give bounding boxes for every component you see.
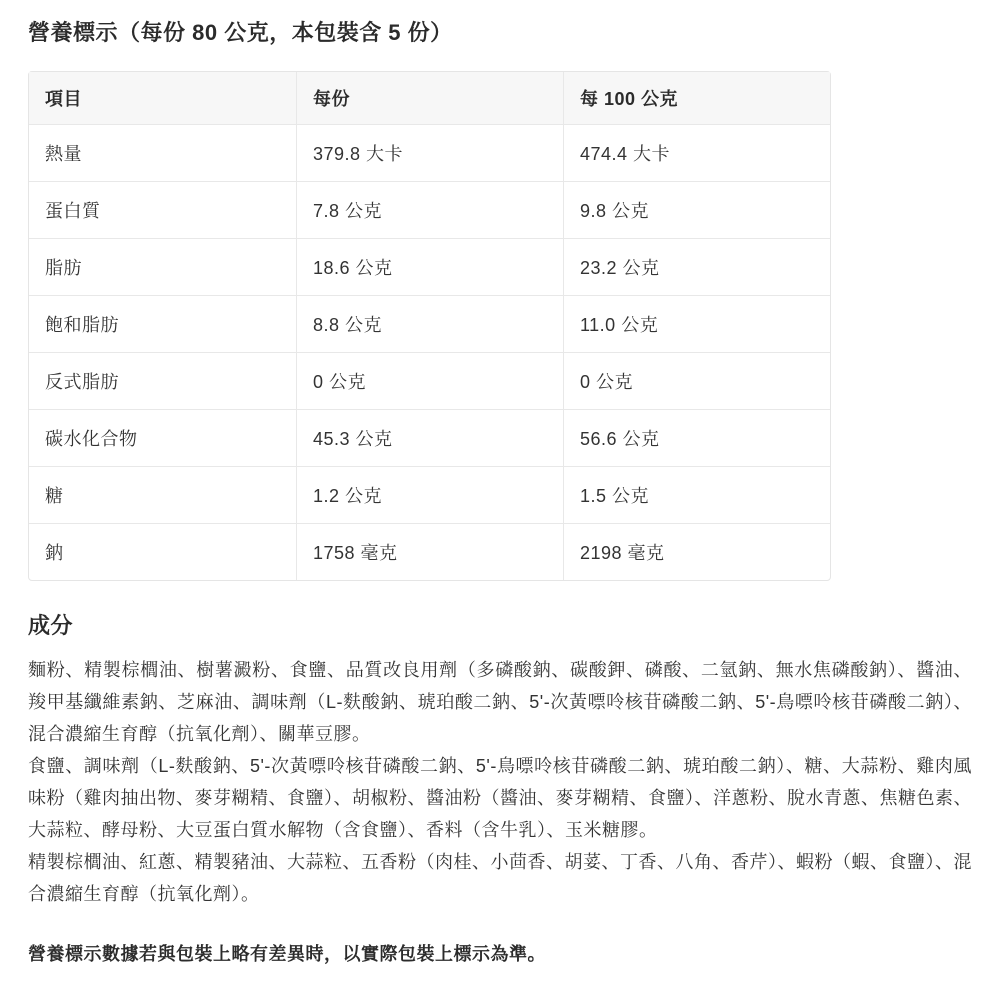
cell-per-100g: 0 公克 <box>563 353 830 410</box>
nutrition-table: 項目 每份 每 100 公克 熱量 379.8 大卡 474.4 大卡 蛋白質 … <box>28 71 831 581</box>
cell-per-100g: 2198 毫克 <box>563 524 830 580</box>
cell-per-serving: 379.8 大卡 <box>296 125 563 182</box>
cell-per-serving: 0 公克 <box>296 353 563 410</box>
cell-per-100g: 1.5 公克 <box>563 467 830 524</box>
table-row: 碳水化合物 45.3 公克 56.6 公克 <box>29 410 830 467</box>
cell-item: 糖 <box>29 467 296 524</box>
cell-item: 反式脂肪 <box>29 353 296 410</box>
cell-item: 飽和脂肪 <box>29 296 296 353</box>
cell-per-serving: 7.8 公克 <box>296 182 563 239</box>
cell-per-100g: 9.8 公克 <box>563 182 830 239</box>
page-title: 營養標示（每份 80 公克，本包裝含 5 份） <box>28 16 972 47</box>
cell-per-100g: 11.0 公克 <box>563 296 830 353</box>
table-row: 鈉 1758 毫克 2198 毫克 <box>29 524 830 580</box>
disclaimer-text: 營養標示數據若與包裝上略有差異時，以實際包裝上標示為準。 <box>28 940 972 966</box>
cell-per-100g: 23.2 公克 <box>563 239 830 296</box>
header-cell-per-100g: 每 100 公克 <box>563 72 830 125</box>
table-row: 蛋白質 7.8 公克 9.8 公克 <box>29 182 830 239</box>
cell-item: 鈉 <box>29 524 296 580</box>
cell-item: 碳水化合物 <box>29 410 296 467</box>
cell-per-100g: 56.6 公克 <box>563 410 830 467</box>
table-row: 熱量 379.8 大卡 474.4 大卡 <box>29 125 830 182</box>
nutrition-table-header: 項目 每份 每 100 公克 <box>29 72 830 125</box>
cell-per-serving: 18.6 公克 <box>296 239 563 296</box>
nutrition-facts-page: 營養標示（每份 80 公克，本包裝含 5 份） 項目 每份 每 100 公克 熱… <box>0 0 1000 1000</box>
table-row: 反式脂肪 0 公克 0 公克 <box>29 353 830 410</box>
nutrition-table-body: 熱量 379.8 大卡 474.4 大卡 蛋白質 7.8 公克 9.8 公克 脂… <box>29 125 830 580</box>
cell-per-serving: 8.8 公克 <box>296 296 563 353</box>
cell-per-100g: 474.4 大卡 <box>563 125 830 182</box>
ingredients-paragraph: 精製棕櫚油、紅蔥、精製豬油、大蒜粒、五香粉（肉桂、小茴香、胡荽、丁香、八角、香芹… <box>28 846 972 910</box>
ingredients-paragraph: 麵粉、精製棕櫚油、樹薯澱粉、食鹽、品質改良用劑（多磷酸鈉、碳酸鉀、磷酸、二氫鈉、… <box>28 654 972 750</box>
cell-item: 脂肪 <box>29 239 296 296</box>
cell-per-serving: 1758 毫克 <box>296 524 563 580</box>
cell-per-serving: 45.3 公克 <box>296 410 563 467</box>
ingredients-heading: 成分 <box>28 609 972 640</box>
ingredients-section: 麵粉、精製棕櫚油、樹薯澱粉、食鹽、品質改良用劑（多磷酸鈉、碳酸鉀、磷酸、二氫鈉、… <box>28 654 972 910</box>
cell-per-serving: 1.2 公克 <box>296 467 563 524</box>
cell-item: 熱量 <box>29 125 296 182</box>
cell-item: 蛋白質 <box>29 182 296 239</box>
table-header-row: 項目 每份 每 100 公克 <box>29 72 830 125</box>
header-cell-item: 項目 <box>29 72 296 125</box>
ingredients-paragraph: 食鹽、調味劑（L-麩酸鈉、5'-次黃嘌呤核苷磷酸二鈉、5'-鳥嘌呤核苷磷酸二鈉、… <box>28 750 972 846</box>
table-row: 脂肪 18.6 公克 23.2 公克 <box>29 239 830 296</box>
table-row: 飽和脂肪 8.8 公克 11.0 公克 <box>29 296 830 353</box>
table-row: 糖 1.2 公克 1.5 公克 <box>29 467 830 524</box>
header-cell-per-serving: 每份 <box>296 72 563 125</box>
